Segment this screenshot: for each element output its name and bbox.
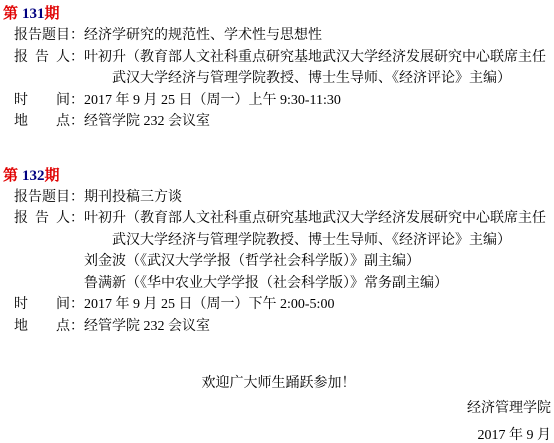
speaker-row-continuation: 武汉大学经济与管理学院教授、博士生导师、《经济评论》主编）	[14, 230, 554, 252]
report-title-label: 报告题目	[14, 187, 70, 209]
label-colon: ：	[70, 111, 84, 133]
report-title-label: 报告题目	[14, 25, 70, 47]
report-title-value: 期刊投稿三方谈	[84, 187, 182, 209]
issue-number: 131	[22, 6, 45, 22]
signature-block: 经济管理学院 2017 年 9 月	[3, 398, 554, 443]
label-colon: ：	[70, 294, 84, 316]
time-row: 时间：2017 年 9 月 25 日（周一）上午 9:30-11:30	[14, 90, 554, 112]
speaker-row-third: 鲁满新（《华中农业大学学报（社会科学版）》常务副主编）	[14, 273, 554, 295]
label-colon: ：	[70, 208, 84, 230]
issue-header-132: 第132期	[3, 166, 554, 187]
location-value: 经管学院 232 会议室	[84, 111, 210, 133]
label-colon: ：	[70, 90, 84, 112]
issue-prefix: 第	[3, 6, 18, 22]
speaker-value: 叶初升（教育部人文社科重点研究基地武汉大学经济发展研究中心联席主任	[84, 47, 546, 69]
speaker-value: 叶初升（教育部人文社科重点研究基地武汉大学经济发展研究中心联席主任	[84, 208, 546, 230]
signature-date: 2017 年 9 月	[3, 425, 551, 443]
issue-suffix: 期	[45, 6, 60, 22]
location-label: 地点	[14, 316, 70, 338]
time-row: 时间：2017 年 9 月 25 日（周一）下午 2:00-5:00	[14, 294, 554, 316]
speaker-label: 报告人	[14, 47, 70, 69]
seminar-section-131: 第131期 报告题目：经济学研究的规范性、学术性与思想性 报告人：叶初升（教育部…	[3, 4, 554, 133]
report-title-value: 经济学研究的规范性、学术性与思想性	[84, 25, 322, 47]
label-colon: ：	[70, 316, 84, 338]
speaker-value-continuation: 武汉大学经济与管理学院教授、博士生导师、《经济评论》主编）	[14, 68, 511, 90]
issue-prefix: 第	[3, 168, 18, 184]
seminar-section-132: 第132期 报告题目：期刊投稿三方谈 报告人：叶初升（教育部人文社科重点研究基地…	[3, 166, 554, 338]
speaker-label: 报告人	[14, 208, 70, 230]
speaker-second-value: 刘金波（《武汉大学学报（哲学社会科学版）》副主编）	[14, 251, 420, 273]
label-colon: ：	[70, 187, 84, 209]
speaker-row-continuation: 武汉大学经济与管理学院教授、博士生导师、《经济评论》主编）	[14, 68, 554, 90]
speaker-row: 报告人：叶初升（教育部人文社科重点研究基地武汉大学经济发展研究中心联席主任	[14, 47, 554, 69]
label-colon: ：	[70, 47, 84, 69]
time-value: 2017 年 9 月 25 日（周一）上午 9:30-11:30	[84, 90, 341, 112]
signature-organization: 经济管理学院	[3, 398, 551, 419]
location-row: 地点：经管学院 232 会议室	[14, 111, 554, 133]
time-label: 时间	[14, 294, 70, 316]
time-value: 2017 年 9 月 25 日（周一）下午 2:00-5:00	[84, 294, 334, 316]
time-label: 时间	[14, 90, 70, 112]
location-value: 经管学院 232 会议室	[84, 316, 210, 338]
location-row: 地点：经管学院 232 会议室	[14, 316, 554, 338]
welcome-message: 欢迎广大师生踊跃参加！	[3, 373, 554, 394]
speaker-row: 报告人：叶初升（教育部人文社科重点研究基地武汉大学经济发展研究中心联席主任	[14, 208, 554, 230]
issue-suffix: 期	[45, 168, 60, 184]
label-colon: ：	[70, 25, 84, 47]
issue-number: 132	[22, 168, 45, 184]
issue-header-131: 第131期	[3, 4, 554, 25]
report-title-row: 报告题目：期刊投稿三方谈	[14, 187, 554, 209]
speaker-third-value: 鲁满新（《华中农业大学学报（社会科学版）》常务副主编）	[14, 273, 448, 295]
location-label: 地点	[14, 111, 70, 133]
report-title-row: 报告题目：经济学研究的规范性、学术性与思想性	[14, 25, 554, 47]
speaker-row-second: 刘金波（《武汉大学学报（哲学社会科学版）》副主编）	[14, 251, 554, 273]
announcement-document: 第131期 报告题目：经济学研究的规范性、学术性与思想性 报告人：叶初升（教育部…	[0, 0, 554, 443]
speaker-value-continuation: 武汉大学经济与管理学院教授、博士生导师、《经济评论》主编）	[14, 230, 511, 252]
